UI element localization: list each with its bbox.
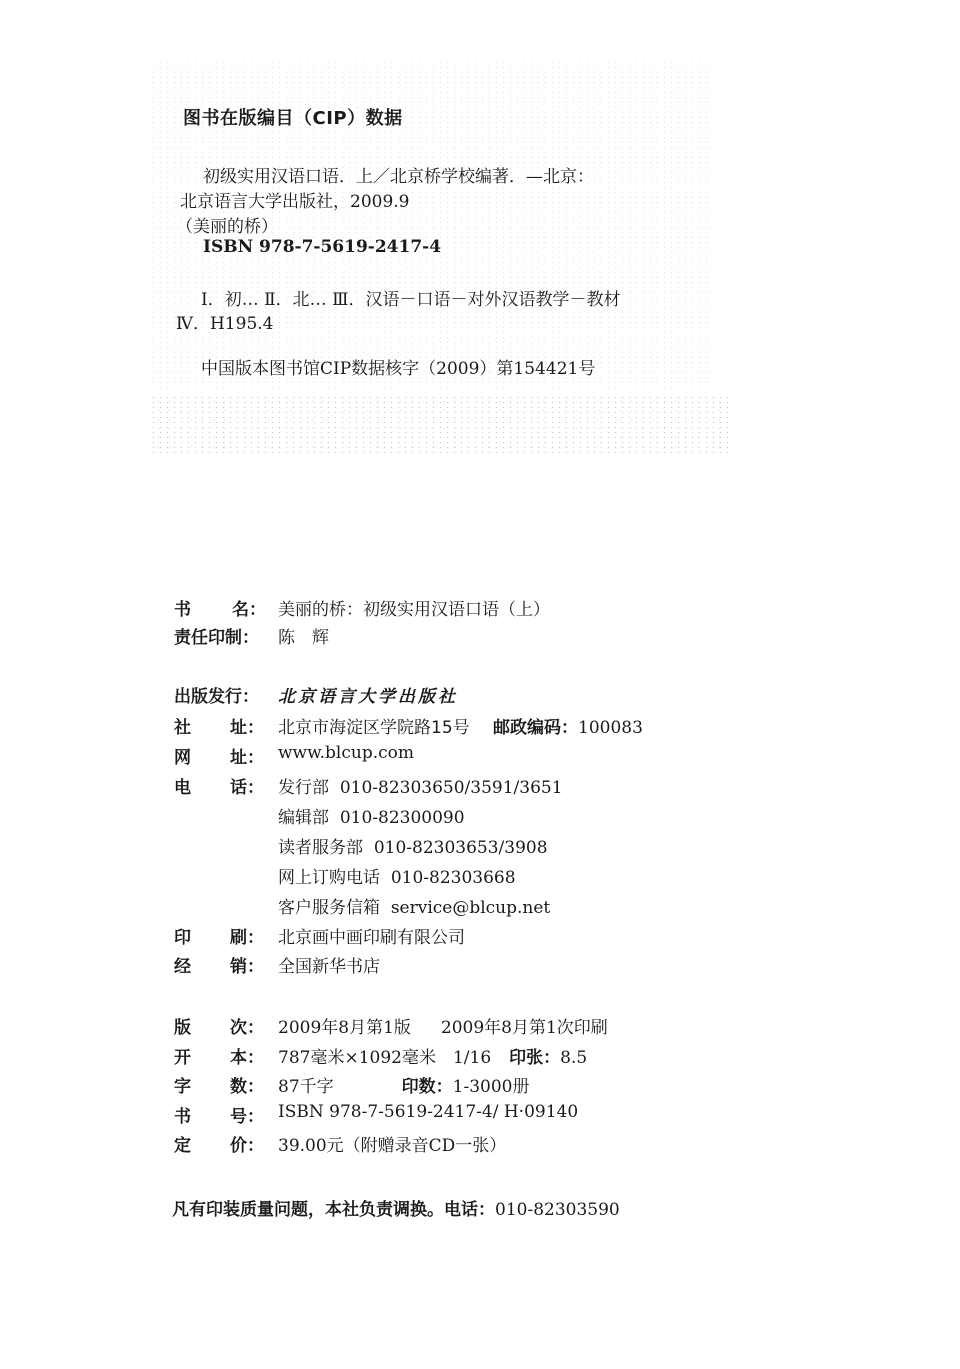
label: 刷： [230,923,264,948]
phone-dept: 读者服务部 [278,838,363,858]
label: 出版发行： [174,682,264,707]
website-link[interactable]: www.blcup.com [278,743,414,763]
label: 定 [174,1131,191,1156]
label: 网 [174,743,191,768]
sheets-label: 印张： [509,1048,560,1068]
printing-value: 2009年8月第1次印刷 [441,1018,608,1038]
book-title-value: 美丽的桥：初级实用汉语口语（上） [278,595,550,620]
quality-notice-phone: 010-82303590 [495,1200,620,1220]
phone-dept: 客户服务信箱 [278,898,380,918]
publisher-logotype: 北京语言大学出版社 [278,682,458,707]
colophon: 书名： 美丽的桥：初级实用汉语口语（上） 责任印制： 陈 辉 出版发行： 北京语… [174,0,734,1369]
label: 印 [174,923,191,948]
label: 本： [230,1043,264,1068]
service-email-link[interactable]: service@blcup.net [391,898,550,918]
print-run-value: 1-3000册 [453,1077,530,1097]
address-value: 北京市海淀区学院路15号 [278,718,470,738]
print-run-label: 印数： [402,1077,453,1097]
book-number-value: ISBN 978-7-5619-2417-4/ H·09140 [278,1102,578,1122]
phone-dept: 网上订购电话 [278,868,380,888]
quality-notice-text: 凡有印装质量问题，本社负责调换。电话： [172,1200,495,1220]
sheets-value: 8.5 [560,1048,587,1068]
edition-value: 2009年8月第1版 [278,1018,411,1038]
label: 社 [174,713,191,738]
label: 号： [230,1102,264,1127]
phone-number: 010-82303650/3591/3651 [340,778,563,798]
phone-number: 010-82303653/3908 [374,838,548,858]
label: 开 [174,1043,191,1068]
distributor-value: 全国新华书店 [278,952,380,977]
label: 书 [174,1102,191,1127]
phone-dept: 发行部 [278,778,329,798]
label: 价： [230,1131,264,1156]
label: 话： [230,773,264,798]
label: 责任印制： [174,623,264,648]
phone-number: 010-82303668 [391,868,516,888]
label: 书 [174,595,191,620]
postcode-value: 100083 [578,718,643,738]
format-value: 787毫米×1092毫米 1/16 [278,1048,491,1068]
quality-notice: 凡有印装质量问题，本社负责调换。电话：010-82303590 [172,1195,620,1220]
phone-dept: 编辑部 [278,808,329,828]
label: 版 [174,1013,191,1038]
postcode-label: 邮政编码： [493,718,578,738]
label: 数： [230,1072,264,1097]
label: 经 [174,952,191,977]
label: 次： [230,1013,264,1038]
label: 电 [174,773,191,798]
label: 字 [174,1072,191,1097]
label: 址： [230,743,264,768]
price-value: 39.00元（附赠录音CD一张） [278,1131,506,1156]
word-count-value: 87千字 [278,1077,334,1097]
label: 销： [230,952,264,977]
label: 址： [230,713,264,738]
phone-number: 010-82300090 [340,808,465,828]
printer-value: 北京画中画印刷有限公司 [278,923,465,948]
label: 名： [232,595,266,620]
print-editor-value: 陈 辉 [278,623,329,648]
